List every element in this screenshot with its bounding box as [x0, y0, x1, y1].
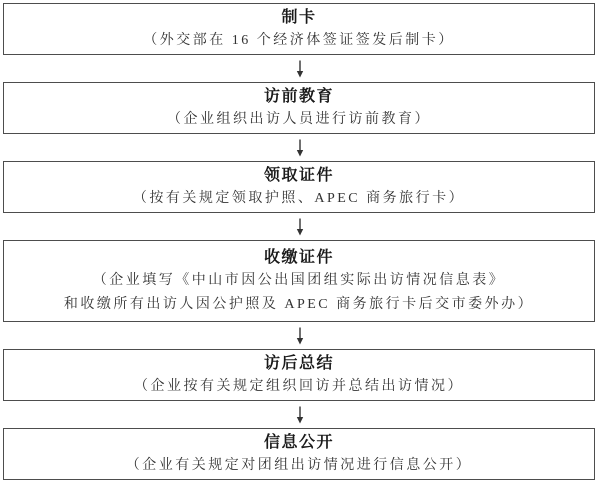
- down-arrow-icon: [294, 139, 306, 157]
- flow-step-make-card: 制卡 （外交部在 16 个经济体签证签发后制卡）: [3, 3, 595, 55]
- down-arrow-icon: [294, 406, 306, 424]
- flow-connector: [0, 322, 599, 349]
- flow-step-post-visit-summary: 访后总结 （企业按有关规定组织回访并总结出访情况）: [3, 349, 595, 401]
- step-detail: （外交部在 16 个经济体签证签发后制卡）: [143, 29, 455, 53]
- page: 制卡 （外交部在 16 个经济体签证签发后制卡） 访前教育 （企业组织出访人员进…: [0, 0, 599, 484]
- step-title: 领取证件: [264, 164, 334, 187]
- step-detail: （企业按有关规定组织回访并总结出访情况）: [134, 375, 464, 399]
- down-arrow-icon: [294, 60, 306, 78]
- step-detail: （按有关规定领取护照、APEC 商务旅行卡）: [133, 187, 465, 211]
- step-title: 访前教育: [264, 85, 334, 108]
- flow-connector: [0, 213, 599, 240]
- flow-step-pre-visit-education: 访前教育 （企业组织出访人员进行访前教育）: [3, 82, 595, 134]
- step-title: 信息公开: [264, 431, 334, 454]
- apec-card-process-flowchart: 制卡 （外交部在 16 个经济体签证签发后制卡） 访前教育 （企业组织出访人员进…: [0, 3, 599, 480]
- flow-connector: [0, 401, 599, 428]
- step-detail: 和收缴所有出访人因公护照及 APEC 商务旅行卡后交市委外办）: [64, 293, 534, 317]
- step-detail: （企业有关规定对团组出访情况进行信息公开）: [126, 454, 473, 478]
- flow-connector: [0, 134, 599, 161]
- step-title: 收缴证件: [264, 246, 334, 269]
- down-arrow-icon: [294, 218, 306, 236]
- step-title: 访后总结: [264, 352, 334, 375]
- step-title: 制卡: [281, 6, 316, 29]
- step-detail: （企业填写《中山市因公出国团组实际出访情况信息表》: [93, 269, 506, 293]
- flow-step-collect-documents: 收缴证件 （企业填写《中山市因公出国团组实际出访情况信息表》 和收缴所有出访人因…: [3, 240, 595, 322]
- flow-connector: [0, 55, 599, 82]
- down-arrow-icon: [294, 327, 306, 345]
- step-detail: （企业组织出访人员进行访前教育）: [167, 108, 431, 132]
- flow-step-information-disclosure: 信息公开 （企业有关规定对团组出访情况进行信息公开）: [3, 428, 595, 480]
- flow-step-receive-documents: 领取证件 （按有关规定领取护照、APEC 商务旅行卡）: [3, 161, 595, 213]
